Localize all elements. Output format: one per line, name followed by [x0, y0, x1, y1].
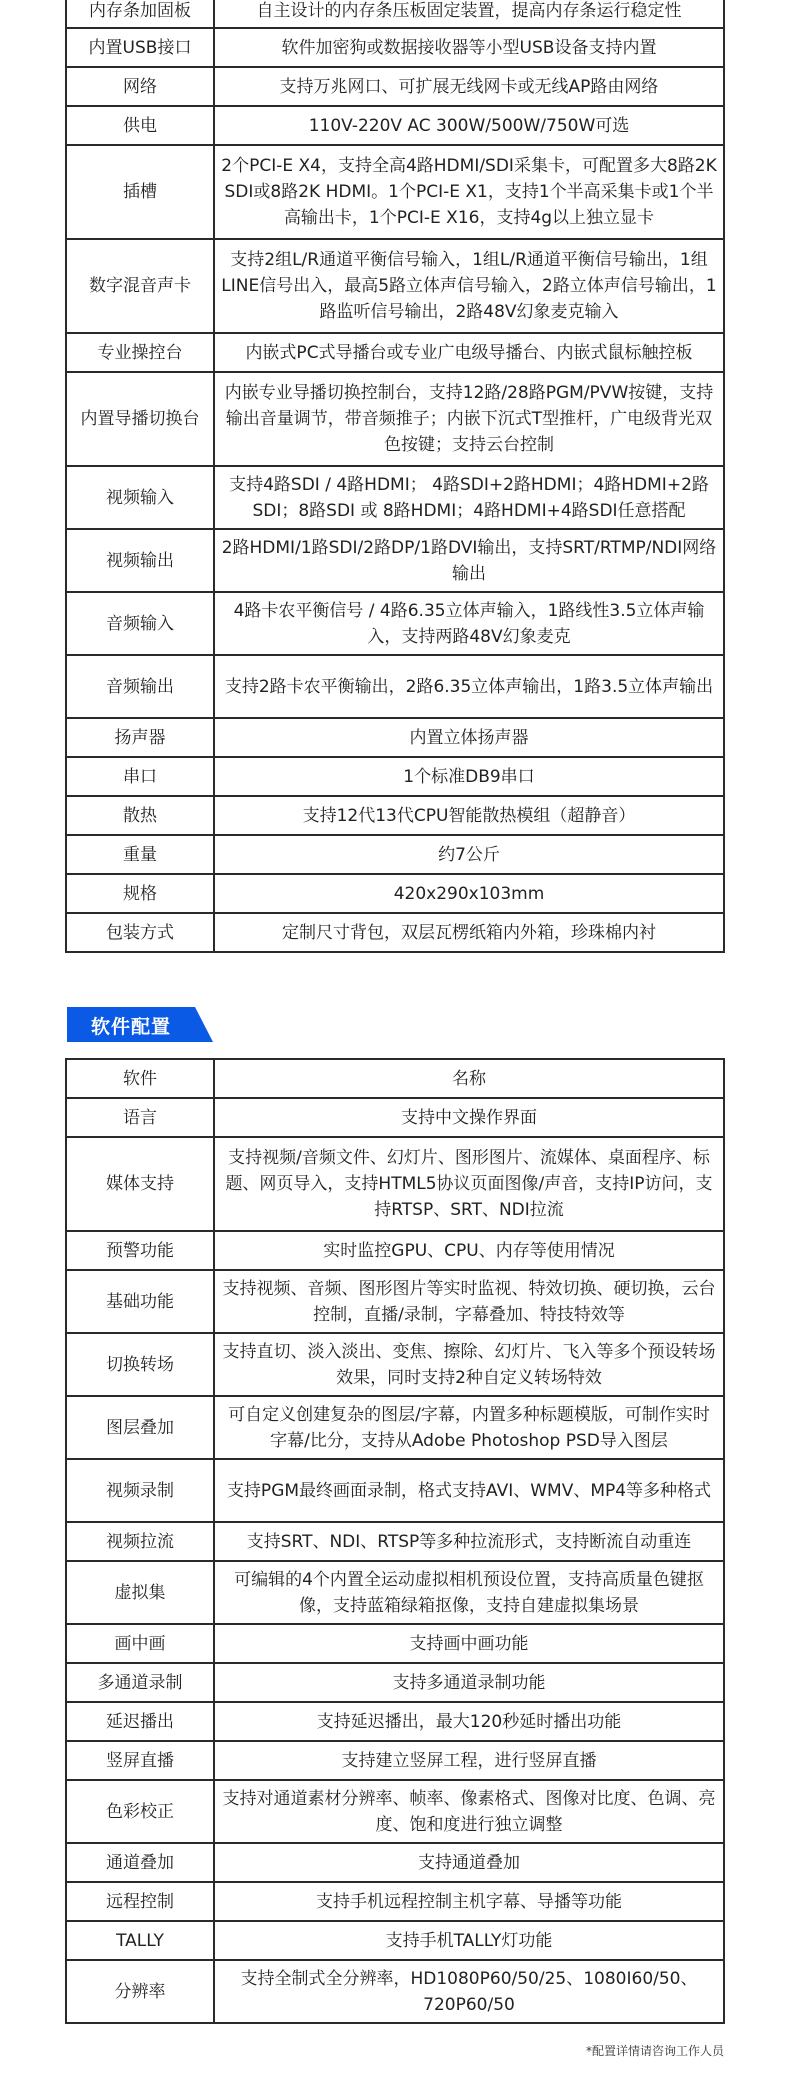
- row-value: 支持全制式全分辨率，HD1080P60/50/25、1080I60/50、720…: [214, 1960, 724, 2023]
- row-value: 约7公斤: [214, 835, 724, 874]
- row-value: 内嵌式PC式导播台或专业广电级导播台、内嵌式鼠标触控板: [214, 333, 724, 372]
- row-key: 延迟播出: [66, 1702, 214, 1741]
- row-key: 色彩校正: [66, 1780, 214, 1843]
- software-config-section-tag: 软件配置: [67, 1007, 213, 1042]
- row-key: 切换转场: [66, 1333, 214, 1396]
- header-name: 名称: [214, 1059, 724, 1098]
- table-row: 切换转场支持直切、淡入淡出、变焦、擦除、幻灯片、飞入等多个预设转场效果，同时支持…: [66, 1333, 724, 1396]
- row-key: 内存条加固板: [66, 0, 214, 28]
- row-value: 可编辑的4个内置全运动虚拟相机预设位置，支持高质量色键抠像，支持蓝箱绿箱抠像，支…: [214, 1561, 724, 1624]
- table-row: 延迟播出支持延迟播出，最大120秒延时播出功能: [66, 1702, 724, 1741]
- row-key: 基础功能: [66, 1270, 214, 1333]
- row-key: 包装方式: [66, 913, 214, 952]
- row-key: 视频拉流: [66, 1522, 214, 1561]
- table-row: 串口1个标准DB9串口: [66, 757, 724, 796]
- row-key: 媒体支持: [66, 1137, 214, 1231]
- hardware-spec-table: 内存条加固板自主设计的内存条压板固定装置，提高内存条运行稳定性内置USB接口软件…: [65, 0, 725, 953]
- row-value: 实时监控GPU、CPU、内存等使用情况: [214, 1231, 724, 1270]
- row-key: 重量: [66, 835, 214, 874]
- row-value: 110V-220V AC 300W/500W/750W可选: [214, 106, 724, 145]
- row-key: 语言: [66, 1098, 214, 1137]
- row-key: 视频输出: [66, 529, 214, 592]
- table-row: 扬声器内置立体扬声器: [66, 718, 724, 757]
- table-row: 内存条加固板自主设计的内存条压板固定装置，提高内存条运行稳定性: [66, 0, 724, 28]
- row-value: 支持PGM最终画面录制，格式支持AVI、WMV、MP4等多种格式: [214, 1459, 724, 1522]
- row-key: 扬声器: [66, 718, 214, 757]
- row-key: 画中画: [66, 1624, 214, 1663]
- row-value: 2路HDMI/1路SDI/2路DP/1路DVI输出，支持SRT/RTMP/NDI…: [214, 529, 724, 592]
- row-key: 网络: [66, 67, 214, 106]
- row-key: 供电: [66, 106, 214, 145]
- row-value: 支持手机TALLY灯功能: [214, 1921, 724, 1960]
- row-value: 内置立体扬声器: [214, 718, 724, 757]
- table-row: 视频输出2路HDMI/1路SDI/2路DP/1路DVI输出，支持SRT/RTMP…: [66, 529, 724, 592]
- row-value: 支持中文操作界面: [214, 1098, 724, 1137]
- table-row: 音频输入4路卡农平衡信号 / 4路6.35立体声输入，1路线性3.5立体声输入，…: [66, 592, 724, 655]
- row-value: 内嵌专业导播切换控制台，支持12路/28路PGM/PVW按键，支持输出音量调节，…: [214, 372, 724, 466]
- row-value: 支持画中画功能: [214, 1624, 724, 1663]
- row-value: 支持多通道录制功能: [214, 1663, 724, 1702]
- table-row: 视频录制支持PGM最终画面录制，格式支持AVI、WMV、MP4等多种格式: [66, 1459, 724, 1522]
- row-key: 虚拟集: [66, 1561, 214, 1624]
- row-value: 支持手机远程控制主机字幕、导播等功能: [214, 1882, 724, 1921]
- table-row: 规格420x290x103mm: [66, 874, 724, 913]
- row-value: 支持万兆网口、可扩展无线网卡或无线AP路由网络: [214, 67, 724, 106]
- table-row: 分辨率支持全制式全分辨率，HD1080P60/50/25、1080I60/50、…: [66, 1960, 724, 2023]
- row-key: 分辨率: [66, 1960, 214, 2023]
- row-key: 插槽: [66, 145, 214, 239]
- row-value: 支持通道叠加: [214, 1843, 724, 1882]
- header-software: 软件: [66, 1059, 214, 1098]
- row-value: 支持视频、音频、图形图片等实时监视、特效切换、硬切换，云台控制，直播/录制，字幕…: [214, 1270, 724, 1333]
- table-row: 竖屏直播支持建立竖屏工程，进行竖屏直播: [66, 1741, 724, 1780]
- table-row: 内置USB接口软件加密狗或数据接收器等小型USB设备支持内置: [66, 28, 724, 67]
- table-row: 包装方式定制尺寸背包，双层瓦楞纸箱内外箱，珍珠棉内衬: [66, 913, 724, 952]
- row-key: 串口: [66, 757, 214, 796]
- row-key: 音频输入: [66, 592, 214, 655]
- table-row: 预警功能实时监控GPU、CPU、内存等使用情况: [66, 1231, 724, 1270]
- footnote: *配置详情请咨询工作人员: [586, 2042, 724, 2059]
- table-row: 数字混音声卡支持2组L/R通道平衡信号输入，1组L/R通道平衡信号输出，1组LI…: [66, 239, 724, 333]
- row-key: 预警功能: [66, 1231, 214, 1270]
- table-row: 插槽2个PCI-E X4，支持全高4路HDMI/SDI采集卡，可配置多大8路2K…: [66, 145, 724, 239]
- row-key: 专业操控台: [66, 333, 214, 372]
- row-key: 音频输出: [66, 655, 214, 718]
- table-row: 多通道录制支持多通道录制功能: [66, 1663, 724, 1702]
- row-value: 定制尺寸背包，双层瓦楞纸箱内外箱，珍珠棉内衬: [214, 913, 724, 952]
- table-row: 虚拟集可编辑的4个内置全运动虚拟相机预设位置，支持高质量色键抠像，支持蓝箱绿箱抠…: [66, 1561, 724, 1624]
- row-key: 视频录制: [66, 1459, 214, 1522]
- table-row: 色彩校正支持对通道素材分辨率、帧率、像素格式、图像对比度、色调、亮度、饱和度进行…: [66, 1780, 724, 1843]
- table-row: 远程控制支持手机远程控制主机字幕、导播等功能: [66, 1882, 724, 1921]
- table-row: 专业操控台内嵌式PC式导播台或专业广电级导播台、内嵌式鼠标触控板: [66, 333, 724, 372]
- row-value: 支持视频/音频文件、幻灯片、图形图片、流媒体、桌面程序、标题、网页导入，支持HT…: [214, 1137, 724, 1231]
- row-key: 竖屏直播: [66, 1741, 214, 1780]
- row-value: 支持4路SDI / 4路HDMI； 4路SDI+2路HDMI；4路HDMI+2路…: [214, 466, 724, 529]
- row-value: 支持建立竖屏工程，进行竖屏直播: [214, 1741, 724, 1780]
- row-value: 软件加密狗或数据接收器等小型USB设备支持内置: [214, 28, 724, 67]
- software-spec-table: 软件 名称 语言支持中文操作界面媒体支持支持视频/音频文件、幻灯片、图形图片、流…: [65, 1058, 725, 2024]
- row-value: 支持对通道素材分辨率、帧率、像素格式、图像对比度、色调、亮度、饱和度进行独立调整: [214, 1780, 724, 1843]
- row-value: 支持12代13代CPU智能散热模组（超静音）: [214, 796, 724, 835]
- row-value: 4路卡农平衡信号 / 4路6.35立体声输入，1路线性3.5立体声输入，支持两路…: [214, 592, 724, 655]
- row-key: 规格: [66, 874, 214, 913]
- section-title: 软件配置: [91, 1012, 171, 1039]
- table-row: 通道叠加支持通道叠加: [66, 1843, 724, 1882]
- row-value: 420x290x103mm: [214, 874, 724, 913]
- table-row: 散热支持12代13代CPU智能散热模组（超静音）: [66, 796, 724, 835]
- table-header-row: 软件 名称: [66, 1059, 724, 1098]
- row-key: 多通道录制: [66, 1663, 214, 1702]
- table-row: 音频输出支持2路卡农平衡输出，2路6.35立体声输出，1路3.5立体声输出: [66, 655, 724, 718]
- row-key: 图层叠加: [66, 1396, 214, 1459]
- row-key: 内置USB接口: [66, 28, 214, 67]
- table-row: 供电110V-220V AC 300W/500W/750W可选: [66, 106, 724, 145]
- table-row: 媒体支持支持视频/音频文件、幻灯片、图形图片、流媒体、桌面程序、标题、网页导入，…: [66, 1137, 724, 1231]
- row-value: 支持SRT、NDI、RTSP等多种拉流形式，支持断流自动重连: [214, 1522, 724, 1561]
- row-value: 支持直切、淡入淡出、变焦、擦除、幻灯片、飞入等多个预设转场效果，同时支持2种自定…: [214, 1333, 724, 1396]
- row-key: 内置导播切换台: [66, 372, 214, 466]
- table-row: 网络支持万兆网口、可扩展无线网卡或无线AP路由网络: [66, 67, 724, 106]
- table-row: 基础功能支持视频、音频、图形图片等实时监视、特效切换、硬切换，云台控制，直播/录…: [66, 1270, 724, 1333]
- table-row: 视频拉流支持SRT、NDI、RTSP等多种拉流形式，支持断流自动重连: [66, 1522, 724, 1561]
- row-key: TALLY: [66, 1921, 214, 1960]
- row-key: 远程控制: [66, 1882, 214, 1921]
- table-row: 图层叠加可自定义创建复杂的图层/字幕，内置多种标题模版，可制作实时字幕/比分，支…: [66, 1396, 724, 1459]
- table-row: 内置导播切换台内嵌专业导播切换控制台，支持12路/28路PGM/PVW按键，支持…: [66, 372, 724, 466]
- row-value: 支持2路卡农平衡输出，2路6.35立体声输出，1路3.5立体声输出: [214, 655, 724, 718]
- row-value: 支持2组L/R通道平衡信号输入，1组L/R通道平衡信号输出，1组LINE信号出入…: [214, 239, 724, 333]
- row-value: 1个标准DB9串口: [214, 757, 724, 796]
- row-key: 散热: [66, 796, 214, 835]
- row-key: 通道叠加: [66, 1843, 214, 1882]
- row-value: 2个PCI-E X4，支持全高4路HDMI/SDI采集卡，可配置多大8路2K S…: [214, 145, 724, 239]
- row-key: 数字混音声卡: [66, 239, 214, 333]
- table-row: 重量约7公斤: [66, 835, 724, 874]
- table-row: 语言支持中文操作界面: [66, 1098, 724, 1137]
- row-value: 支持延迟播出，最大120秒延时播出功能: [214, 1702, 724, 1741]
- table-row: 画中画支持画中画功能: [66, 1624, 724, 1663]
- row-value: 可自定义创建复杂的图层/字幕，内置多种标题模版，可制作实时字幕/比分，支持从Ad…: [214, 1396, 724, 1459]
- table-row: TALLY支持手机TALLY灯功能: [66, 1921, 724, 1960]
- row-key: 视频输入: [66, 466, 214, 529]
- table-row: 视频输入支持4路SDI / 4路HDMI； 4路SDI+2路HDMI；4路HDM…: [66, 466, 724, 529]
- row-value: 自主设计的内存条压板固定装置，提高内存条运行稳定性: [214, 0, 724, 28]
